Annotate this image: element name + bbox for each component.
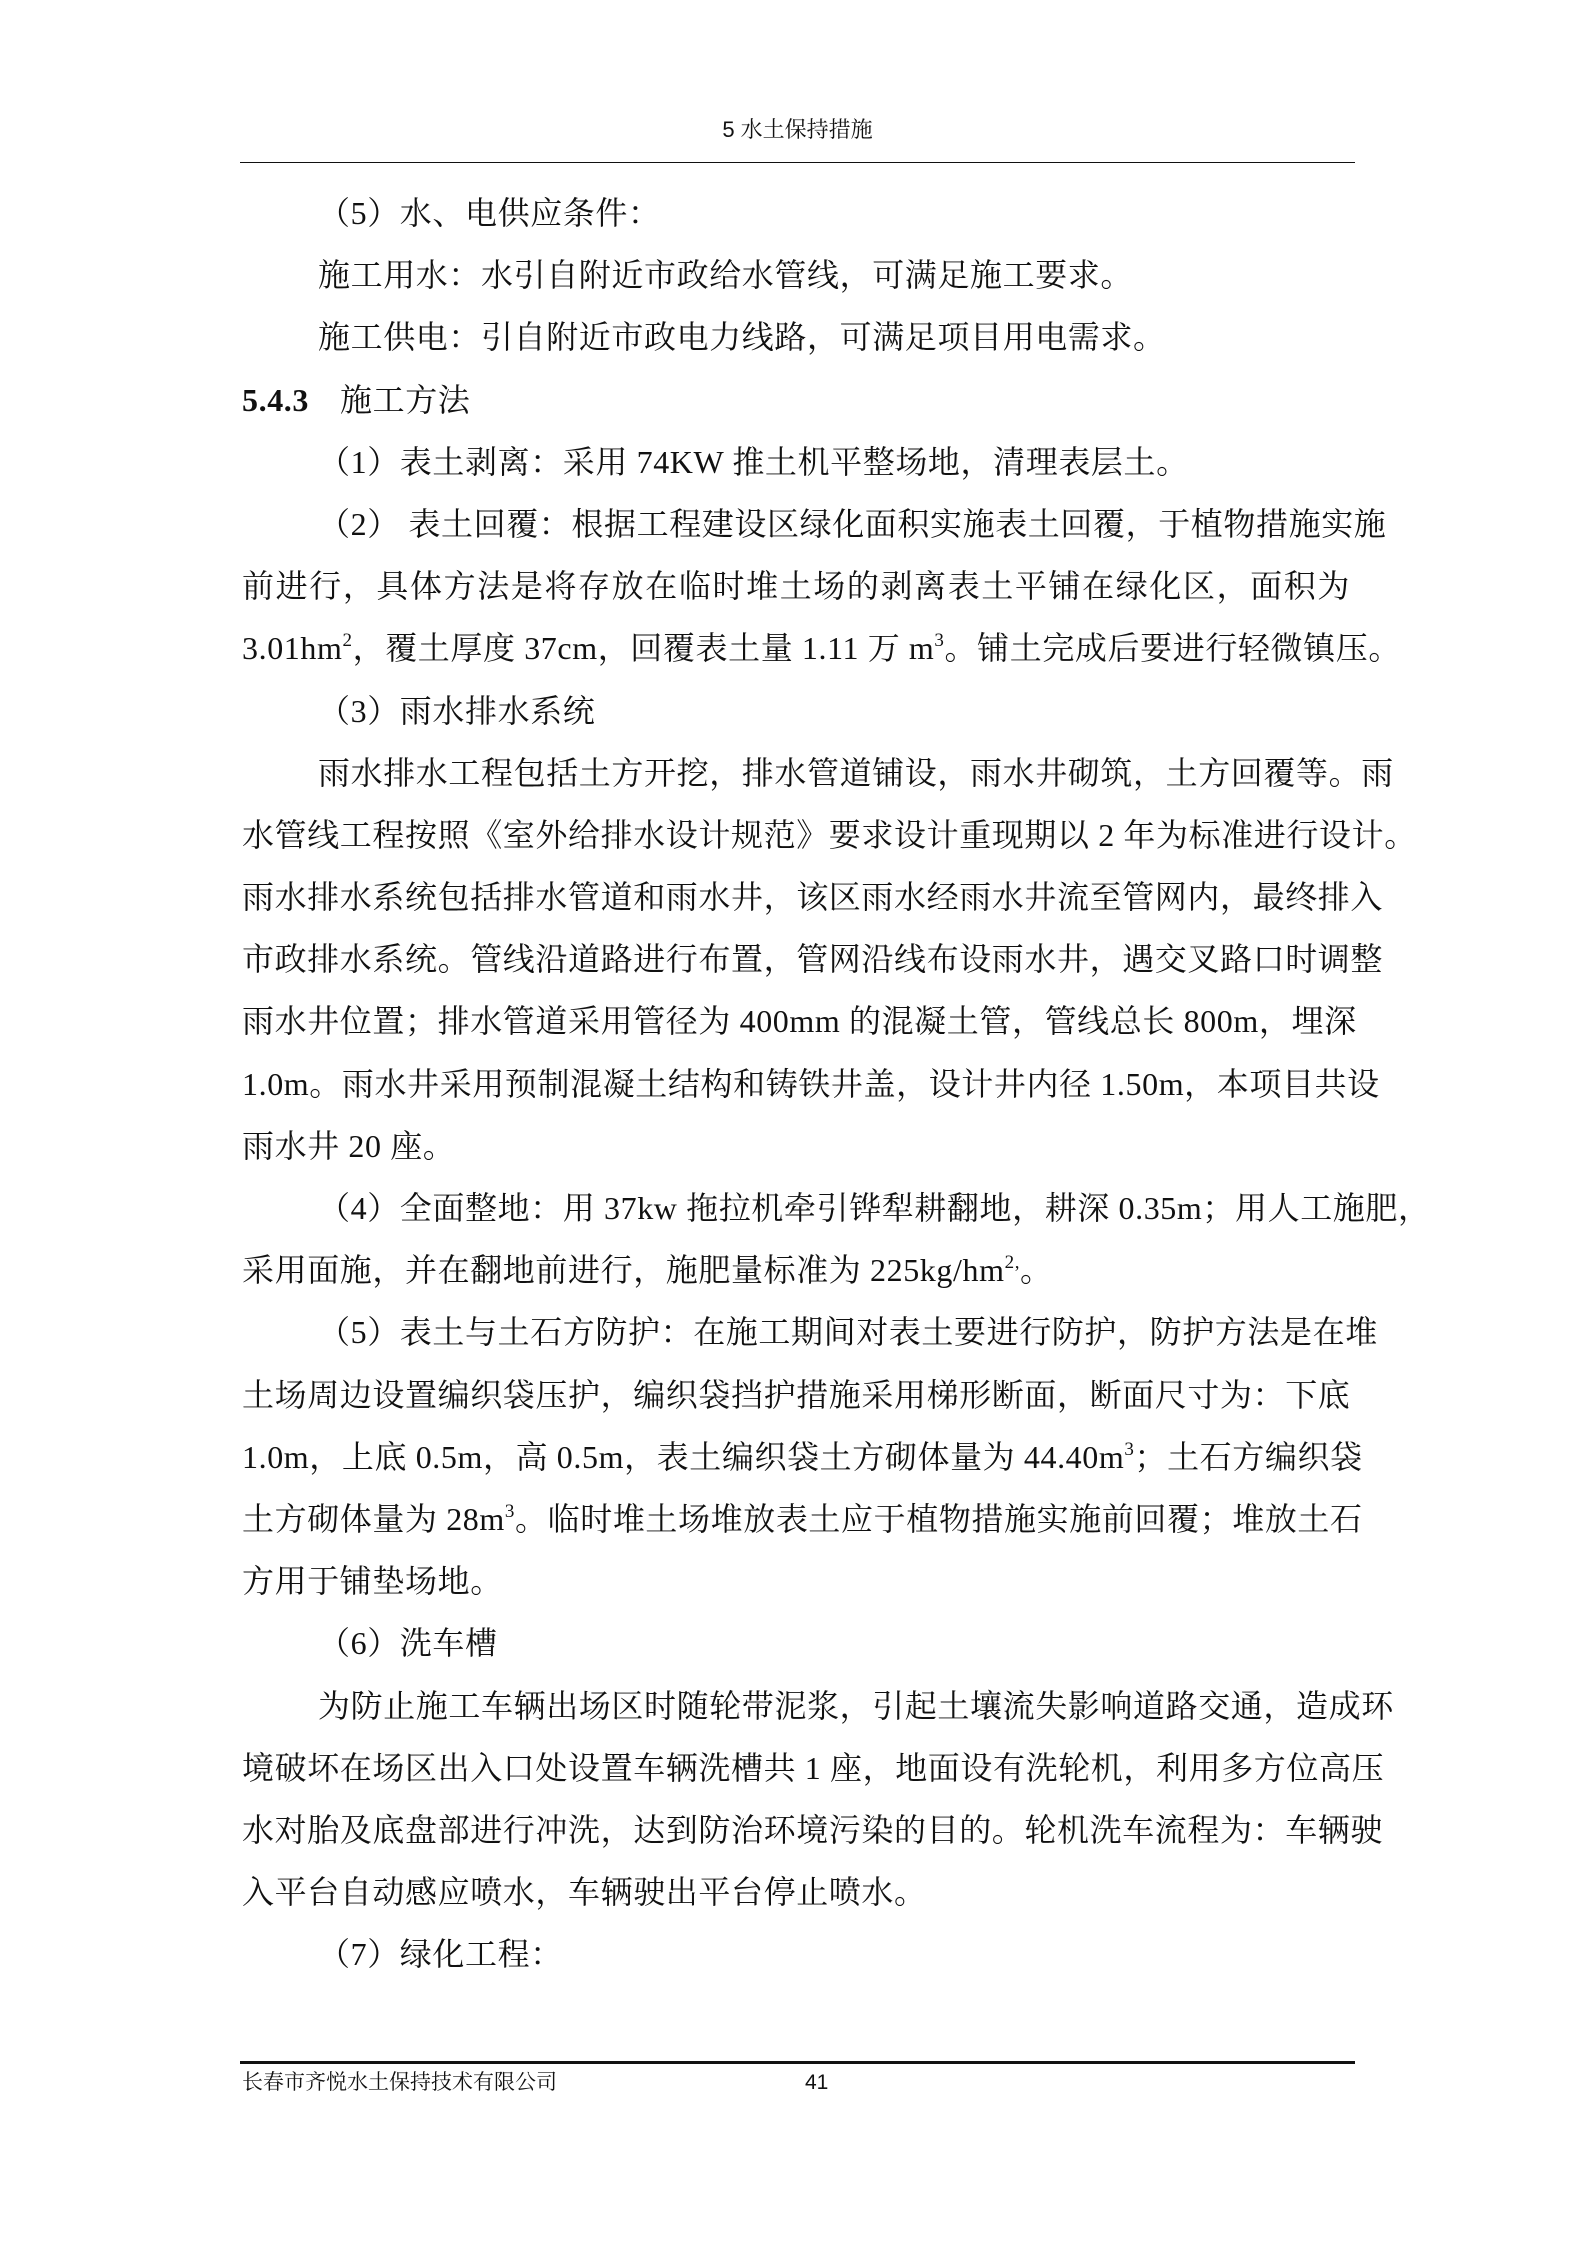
text-run: 。 [1020, 1252, 1053, 1288]
item-3-line-4: 市政排水系统。管线沿道路进行布置，管网沿线布设雨水井，遇交叉路口时调整 [242, 928, 1350, 990]
item-3-line-1: 雨水排水工程包括土方开挖，排水管道铺设，雨水井砌筑，土方回覆等。雨 [242, 742, 1350, 804]
page-footer: 长春市齐悦水土保持技术有限公司 41 [240, 2066, 1355, 2100]
item-4-line-1: （4）全面整地：用 37kw 拖拉机牵引铧犁耕翻地，耕深 0.35m；用人工施肥… [242, 1177, 1350, 1239]
item-3-line-5: 雨水井位置；排水管道采用管径为 400mm 的混凝土管，管线总长 800m，埋深 [242, 990, 1350, 1052]
item-5-line-2: 土场周边设置编织袋压护，编织袋挡护措施采用梯形断面，断面尺寸为：下底 [242, 1364, 1350, 1426]
item-2-line-2: 前进行，具体方法是将存放在临时堆土场的剥离表土平铺在绿化区，面积为 [242, 555, 1350, 617]
item-1-text: （1）表土剥离：采用 74KW 推土机平整场地，清理表层土。 [242, 431, 1350, 493]
item-6-line-1: 为防止施工车辆出场区时随轮带泥浆，引起土壤流失影响道路交通，造成环 [242, 1675, 1350, 1737]
water-power-heading: （5）水、电供应条件： [242, 182, 1350, 244]
item-3-line-6: 1.0m。雨水井采用预制混凝土结构和铸铁井盖，设计井内径 1.50m，本项目共设 [242, 1053, 1350, 1115]
item-6-line-2: 境破坏在场区出入口处设置车辆洗槽共 1 座，地面设有洗轮机，利用多方位高压 [242, 1737, 1350, 1799]
section-title: 施工方法 [340, 382, 470, 418]
page-number: 41 [805, 2066, 828, 2100]
item-2-line-3: 3.01hm2，覆土厚度 37cm，回覆表土量 1.11 万 m3。铺土完成后要… [242, 617, 1350, 679]
running-header: 5 水土保持措施 [240, 110, 1355, 150]
footer-divider [240, 2061, 1355, 2064]
item-5-line-5: 方用于铺垫场地。 [242, 1550, 1350, 1612]
item-3-line-3: 雨水排水系统包括排水管道和雨水井，该区雨水经雨水井流至管网内，最终排入 [242, 866, 1350, 928]
text-run: ；土石方编织袋 [1134, 1439, 1362, 1475]
header-divider [240, 162, 1355, 163]
section-number: 5.4.3 [242, 369, 340, 431]
document-body: （5）水、电供应条件： 施工用水：水引自附近市政给水管线，可满足施工要求。 施工… [242, 182, 1350, 1985]
water-supply-text: 施工用水：水引自附近市政给水管线，可满足施工要求。 [242, 244, 1350, 306]
item-7-heading: （7）绿化工程： [242, 1923, 1350, 1985]
superscript: 2 [343, 630, 353, 651]
item-5-line-4: 土方砌体量为 28m3。临时堆土场堆放表土应于植物措施实施前回覆；堆放土石 [242, 1488, 1350, 1550]
item-3-line-7: 雨水井 20 座。 [242, 1115, 1350, 1177]
item-6-line-3: 水对胎及底盘部进行冲洗，达到防治环境污染的目的。轮机洗车流程为：车辆驶 [242, 1799, 1350, 1861]
item-5-line-3: 1.0m，上底 0.5m，高 0.5m，表土编织袋土方砌体量为 44.40m3；… [242, 1426, 1350, 1488]
text-run: 采用面施，并在翻地前进行，施肥量标准为 225kg/hm [242, 1252, 1005, 1288]
text-run: 1.0m，上底 0.5m，高 0.5m，表土编织袋土方砌体量为 44.40m [242, 1439, 1124, 1475]
superscript: 3 [505, 1501, 515, 1522]
superscript: 3 [1124, 1439, 1134, 1460]
text-run: 。临时堆土场堆放表土应于植物措施实施前回覆；堆放土石 [515, 1501, 1363, 1537]
text-run: 土方砌体量为 28m [242, 1501, 505, 1537]
area-value: 3.01hm [242, 630, 343, 666]
superscript: 3 [934, 630, 944, 651]
power-supply-text: 施工供电：引自附近市政电力线路，可满足项目用电需求。 [242, 306, 1350, 368]
text-run: ，覆土厚度 37cm，回覆表土量 1.11 万 m [353, 630, 935, 666]
item-2-line-1: （2） 表土回覆：根据工程建设区绿化面积实施表土回覆，于植物措施实施 [242, 493, 1350, 555]
superscript: 2, [1005, 1252, 1020, 1273]
section-heading: 5.4.3施工方法 [242, 369, 1350, 431]
item-4-line-2: 采用面施，并在翻地前进行，施肥量标准为 225kg/hm2,。 [242, 1239, 1350, 1301]
text-run: 。铺土完成后要进行轻微镇压。 [945, 630, 1401, 666]
item-6-line-4: 入平台自动感应喷水，车辆驶出平台停止喷水。 [242, 1861, 1350, 1923]
header-title: 5 水土保持措施 [722, 117, 872, 142]
item-6-heading: （6）洗车槽 [242, 1612, 1350, 1674]
item-3-heading: （3）雨水排水系统 [242, 680, 1350, 742]
item-3-line-2: 水管线工程按照《室外给排水设计规范》要求设计重现期以 2 年为标准进行设计。 [242, 804, 1350, 866]
item-5-line-1: （5）表土与土石方防护：在施工期间对表土要进行防护，防护方法是在堆 [242, 1301, 1350, 1363]
footer-company: 长春市齐悦水土保持技术有限公司 [242, 2066, 557, 2100]
